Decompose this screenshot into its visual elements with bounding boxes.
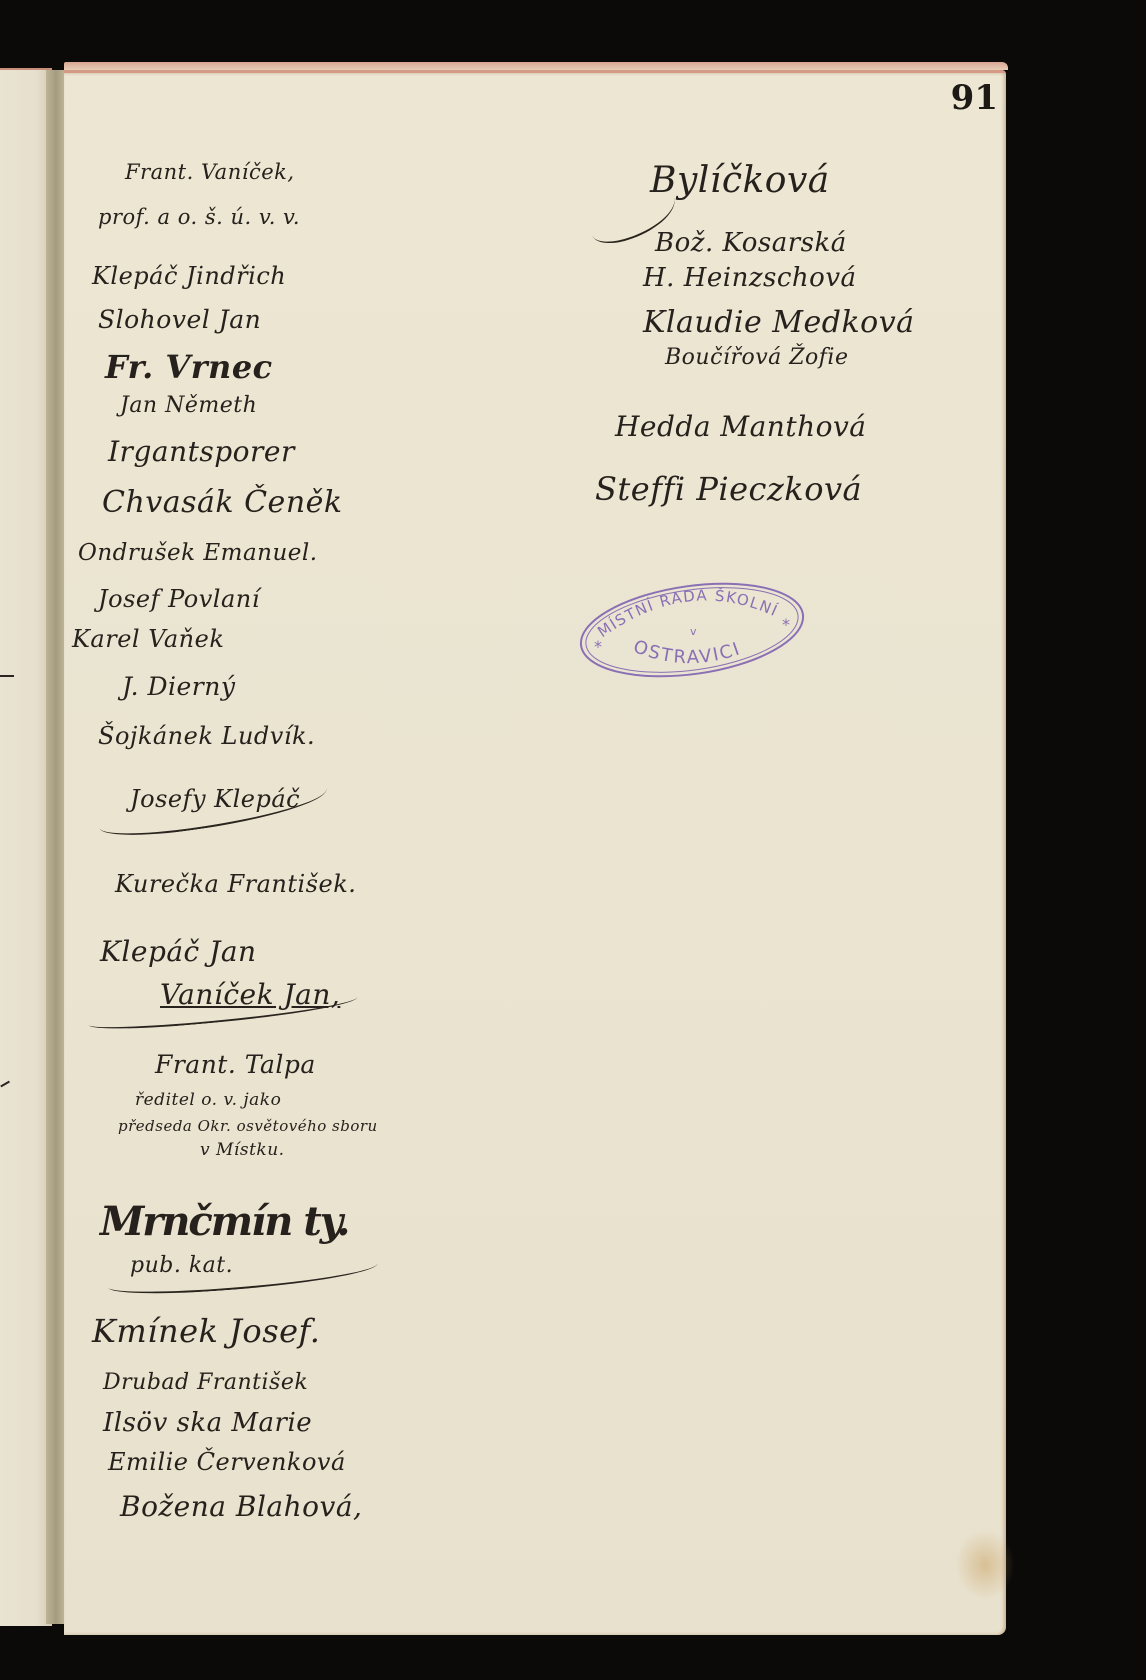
signature-title: ředitel o. v. jako [135, 1090, 281, 1110]
paper-stain [955, 1530, 1015, 1600]
signature: Steffi Pieczková [595, 470, 862, 508]
signature: Jan Němeth [120, 393, 257, 418]
signature: Bylíčková [650, 160, 830, 201]
signature: Klepáč Jindřich [92, 262, 286, 290]
svg-text:OSTRAVICI: OSTRAVICI [630, 636, 744, 668]
book-gutter [46, 70, 66, 1624]
signature: Kurečka František. [115, 870, 356, 898]
signature: Klaudie Medková [643, 305, 915, 340]
signature-title: předseda Okr. osvětového sboru [118, 1117, 378, 1135]
signature: Josef Povlaní [98, 585, 260, 613]
signature: Slohovel Jan [98, 305, 261, 334]
signature: Mrnčmín ty. [100, 1198, 348, 1245]
stamp-star-right: * [782, 615, 790, 634]
page-top-edge [64, 62, 1008, 70]
signature: Ilsöv ska Marie [103, 1408, 312, 1438]
ink-mark [0, 1081, 9, 1087]
signature: Karel Vaňek [72, 625, 224, 653]
signature: Chvasák Čeněk [102, 485, 343, 520]
signature: Božena Blahová, [120, 1490, 362, 1523]
signature-title: prof. a o. š. ú. v. v. [98, 205, 300, 229]
page-number: 91 [951, 78, 998, 118]
signature: Irgantsporer [108, 435, 295, 468]
signature: Klepáč Jan [100, 935, 257, 968]
signature-title: v Místku. [200, 1140, 285, 1160]
school-council-stamp: MÍSTNÍ RADA ŠKOLNÍ v OSTRAVICI * * [574, 580, 810, 680]
signature: Kmínek Josef. [92, 1312, 320, 1350]
signature: Bož. Kosarská [655, 228, 847, 258]
signature: Emilie Červenková [108, 1448, 346, 1476]
signature: Boučířová Žofie [665, 345, 848, 370]
signature: Hedda Manthová [615, 410, 866, 443]
stamp-star-left: * [594, 637, 602, 656]
signature: Frant. Vaníček, [125, 160, 295, 184]
signature: Šojkánek Ludvík. [98, 722, 315, 750]
stamp-bottom-text: OSTRAVICI [630, 636, 744, 668]
signature: Frant. Talpa [155, 1050, 316, 1079]
signature: Ondrušek Emanuel. [78, 540, 318, 566]
stamp-top-text: MÍSTNÍ RADA ŠKOLNÍ [594, 586, 781, 641]
stamp-middle-text: v [690, 625, 697, 638]
signature: Drubad František [103, 1370, 308, 1395]
signature: Fr. Vrnec [105, 348, 273, 386]
svg-text:MÍSTNÍ RADA ŠKOLNÍ: MÍSTNÍ RADA ŠKOLNÍ [594, 586, 781, 641]
left-page-edge [0, 68, 52, 1626]
signature: J. Dierný [122, 672, 235, 701]
ink-mark [0, 675, 14, 677]
signature: H. Heinzschová [643, 263, 857, 293]
